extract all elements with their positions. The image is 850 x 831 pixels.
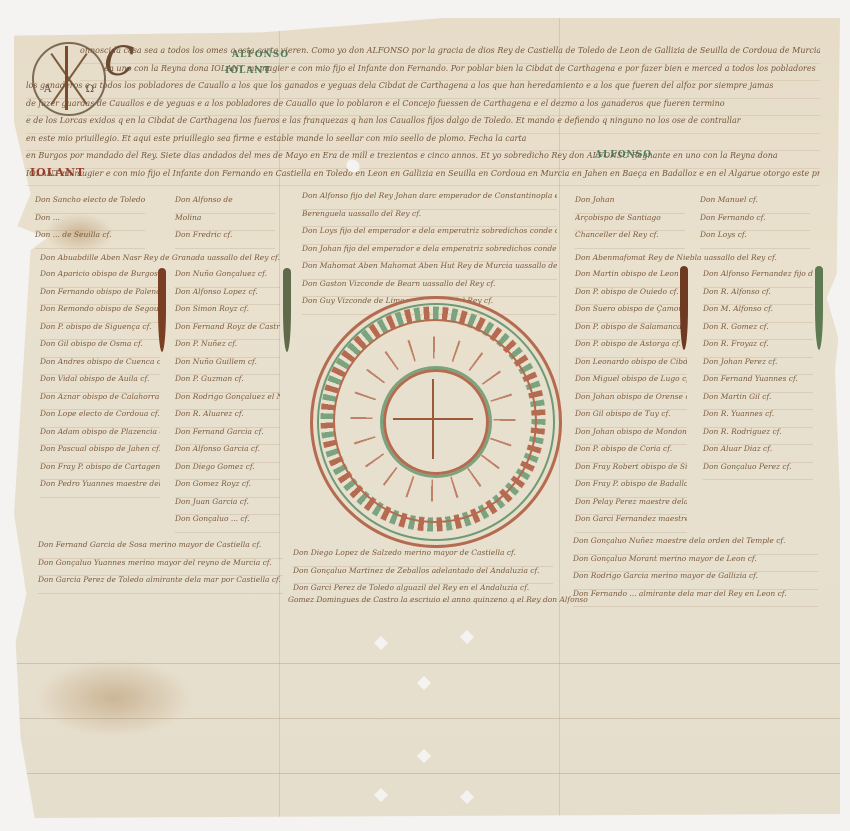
confirmant: Don P. obispo de Coria cf. <box>575 445 687 463</box>
confirmant: Don ... <box>35 214 145 232</box>
intro-line: en este mio priuillegio. Et aqui este pr… <box>26 134 820 152</box>
confirmant: Don Rodrigo Gonçaluez el Niño cf. <box>175 393 280 411</box>
confirmant: Don Vidal obispo de Auila cf. <box>40 375 160 393</box>
confirmant: Don M. Alfonso cf. <box>703 305 813 323</box>
confirmant: Don Alfonso de <box>175 196 275 214</box>
confirmant: Arçobispo de Santiago <box>575 214 685 232</box>
confirmants-right-column-2: Don Alfonso Fernandez fijo del Rey cf. D… <box>703 270 813 480</box>
confirmant: Berenguela uassallo del Rey cf. <box>302 210 557 228</box>
confirmant: Don P. obispo de Ouiedo cf. <box>575 288 687 306</box>
confirmant: Don Andres obispo de Cuenca cf. <box>40 358 160 376</box>
confirmant: Don Johan <box>575 196 685 214</box>
right-header-confirmant: Don Abenmafomat Rey de Niebla uassallo d… <box>575 254 815 268</box>
confirmant: Don Gonçaluo Perez cf. <box>703 463 813 481</box>
confirmants-top-left: Don Sancho electo de Toledo Don ... Don … <box>35 196 145 249</box>
confirmant: Don P. obispo de Astorga cf. <box>575 340 687 358</box>
confirmants-bottom-left: Don Fernand Garcia de Sosa merino mayor … <box>38 541 283 594</box>
confirmant: Don P. Nuñez cf. <box>175 340 280 358</box>
charter-intro-text: onnoscida cosa sea a todos los omes q es… <box>80 46 820 186</box>
confirmant: Don Adam obispo de Plazencia cf. <box>40 428 160 446</box>
confirmant: Don Juan Garcia cf. <box>175 498 280 516</box>
confirmants-top-right-2: Don Manuel cf. Don Fernando cf. Don Loys… <box>700 196 810 249</box>
confirmant: Don R. Aluarez cf. <box>175 410 280 428</box>
confirmant: Don Fernand Garcia cf. <box>175 428 280 446</box>
confirmant: Don Fernando obispo de Palencia cf. <box>40 288 160 306</box>
confirmant: Don Fray Robert obispo de Silue cf. <box>575 463 687 481</box>
intro-line: en uno con la Reyna dona IOLANT mi mugie… <box>80 64 820 82</box>
confirmant: Don Diego Gomez cf. <box>175 463 280 481</box>
confirmants-bottom-center: Don Diego Lopez de Salzedo merino mayor … <box>293 549 553 602</box>
confirmant: Don Gomez Royz cf. <box>175 480 280 498</box>
confirmant: Don Fernand Royz de Castro cf. <box>175 323 280 341</box>
fold-line <box>14 663 840 664</box>
intro-line: IOLANT mi mugier e con mio fijo el Infan… <box>26 169 820 187</box>
confirmant: Don Loys cf. <box>700 231 810 249</box>
king-name-capitals: ALFONSO <box>232 50 289 60</box>
confirmant: Don Nuño Gonçaluez cf. <box>175 270 280 288</box>
confirmant: Don Alfonso Garcia cf. <box>175 445 280 463</box>
confirmant: Don Leonardo obispo de Cibdat cf. <box>575 358 687 376</box>
confirmant: Don Johan fijo del emperador e dela empe… <box>302 245 557 263</box>
confirmant: Don Miguel obispo de Lugo cf. <box>575 375 687 393</box>
intro-line: en Burgos por mandado del Rey. Siete dia… <box>26 151 820 169</box>
intro-line: los ganaderos e a todos los pobladores d… <box>26 81 820 99</box>
water-stain <box>34 658 194 738</box>
confirmants-top-left-2: Don Alfonso de Molina Don Fredric cf. <box>175 196 275 249</box>
confirmant: Don ... de Seuilla cf. <box>35 231 145 249</box>
confirmant: Don R. Yuannes cf. <box>703 410 813 428</box>
confirmant: Don Remondo obispo de Segouia cf. <box>40 305 160 323</box>
queen-name-capitals: IOLANT <box>225 66 271 76</box>
red-brace-mark <box>158 268 166 352</box>
confirmant: Don Lope electo de Cordoua cf. <box>40 410 160 428</box>
confirmant: Don Mahomat Aben Mahomat Aben Hut Rey de… <box>302 262 557 280</box>
intro-line: onnoscida cosa sea a todos los omes q es… <box>80 46 820 64</box>
rota-royal-wheel-seal: SIGNO DEL REY DON ALFONSO <box>310 296 562 548</box>
confirmant: Don Johan obispo de Mondonnedo cf. <box>575 428 687 446</box>
confirmant: Don Aluar Diaz cf. <box>703 445 813 463</box>
confirmant: Don R. Froyaz cf. <box>703 340 813 358</box>
confirmant: Don Gonçaluo Morant merino mayor de Leon… <box>573 555 818 573</box>
confirmant: Don P. obispo de Salamanca cf. <box>575 323 687 341</box>
confirmant: Don Gil obispo de Tuy cf. <box>575 410 687 428</box>
confirmant: Don P. obispo de Siguença cf. <box>40 323 160 341</box>
confirmant: Don Suero obispo de Çamora cf. <box>575 305 687 323</box>
green-brace-mark <box>283 268 291 352</box>
fold-line <box>14 718 840 719</box>
confirmant: Don Gaston Vizconde de Bearn uassallo de… <box>302 280 557 298</box>
confirmants-bottom-right: Don Gonçaluo Nuñez maestre dela orden de… <box>573 537 818 607</box>
confirmant: Don Fray P. obispo de Badalloz cf. <box>575 480 687 498</box>
confirmant: Don Aznar obispo de Calahorra cf. <box>40 393 160 411</box>
confirmant: Molina <box>175 214 275 232</box>
confirmant: Don Fernand Garcia de Sosa merino mayor … <box>38 541 283 559</box>
left-header-confirmant: Don Abuabdille Aben Nasr Rey de Granada … <box>40 254 280 268</box>
intro-line: de fazer guardas de Cauallos e de yeguas… <box>26 99 820 117</box>
confirmant: Don Simon Royz cf. <box>175 305 280 323</box>
queen-name-capitals: IOLANT <box>30 166 85 179</box>
confirmant: Don Alfonso fijo del Rey Johan darc empe… <box>302 192 557 210</box>
confirmant: Don Fredric cf. <box>175 231 275 249</box>
confirmant: Don Gonçaluo ... cf. <box>175 515 280 533</box>
confirmant: Don Diego Lopez de Salzedo merino mayor … <box>293 549 553 567</box>
confirmant: Don Garci Fernandez maestre dela orden d… <box>575 515 687 533</box>
confirmant: Don Manuel cf. <box>700 196 810 214</box>
confirmant: Don Rodrigo Garcia merino mayor de Galli… <box>573 572 818 590</box>
green-brace-mark <box>815 266 823 350</box>
confirmants-right-column-1: Don Martin obispo de Leon cf. Don P. obi… <box>575 270 687 533</box>
confirmants-left-column-1: Don Aparicio obispo de Burgos cf. Don Fe… <box>40 270 160 498</box>
confirmant: Don Pedro Yuannes maestre dela orden de … <box>40 480 160 498</box>
confirmant: Don Garcia Perez de Toledo almirante del… <box>38 576 283 594</box>
fold-line <box>14 773 840 774</box>
confirmant: Don Fernand Yuannes cf. <box>703 375 813 393</box>
confirmant: Don Alfonso Lopez cf. <box>175 288 280 306</box>
confirmant: Don Nuño Guillem cf. <box>175 358 280 376</box>
confirmant: Don R. Rodriguez cf. <box>703 428 813 446</box>
king-name-capitals: ALFONSO <box>595 150 652 160</box>
red-brace-mark <box>680 266 688 350</box>
confirmants-top-right: Don Johan Arçobispo de Santiago Chancell… <box>575 196 685 249</box>
confirmant: Don Pascual obispo de Jahen cf. <box>40 445 160 463</box>
confirmant: Don Aparicio obispo de Burgos cf. <box>40 270 160 288</box>
confirmant: Chanceller del Rey cf. <box>575 231 685 249</box>
confirmant: Don Johan obispo de Orense cf. <box>575 393 687 411</box>
confirmant: Don Martin Gil cf. <box>703 393 813 411</box>
confirmant: Don Fernando cf. <box>700 214 810 232</box>
confirmant: Don Gonçaluo Nuñez maestre dela orden de… <box>573 537 818 555</box>
confirmant: Don R. Gomez cf. <box>703 323 813 341</box>
confirmant: Don Gonçaluo Yuannes merino mayor del re… <box>38 559 283 577</box>
confirmant: Don Gonçaluo Martinez de Zeballos adelan… <box>293 567 553 585</box>
confirmant: Don P. Guzman cf. <box>175 375 280 393</box>
confirmant: Don Sancho electo de Toledo <box>35 196 145 214</box>
confirmant: Don Loys fijo del emperador e dela emper… <box>302 227 557 245</box>
confirmant: Don Gil obispo de Osma cf. <box>40 340 160 358</box>
confirmant: Don Johan Perez cf. <box>703 358 813 376</box>
confirmant: Don Alfonso Fernandez fijo del Rey cf. <box>703 270 813 288</box>
scribe-subscription: Gomez Domingues de Castro la escriuio el… <box>288 596 588 604</box>
confirmant: Don Fernando ... almirante dela mar del … <box>573 590 818 608</box>
confirmant: Don Martin obispo de Leon cf. <box>575 270 687 288</box>
confirmant: Don Pelay Perez maestre dela orden de Sa… <box>575 498 687 516</box>
confirmant: Don R. Alfonso cf. <box>703 288 813 306</box>
intro-line: e de los Lorcas exidos q en la Cibdat de… <box>26 116 820 134</box>
confirmant: Don Fray P. obispo de Cartagena cf. <box>40 463 160 481</box>
confirmants-left-column-2: Don Nuño Gonçaluez cf. Don Alfonso Lopez… <box>175 270 280 533</box>
